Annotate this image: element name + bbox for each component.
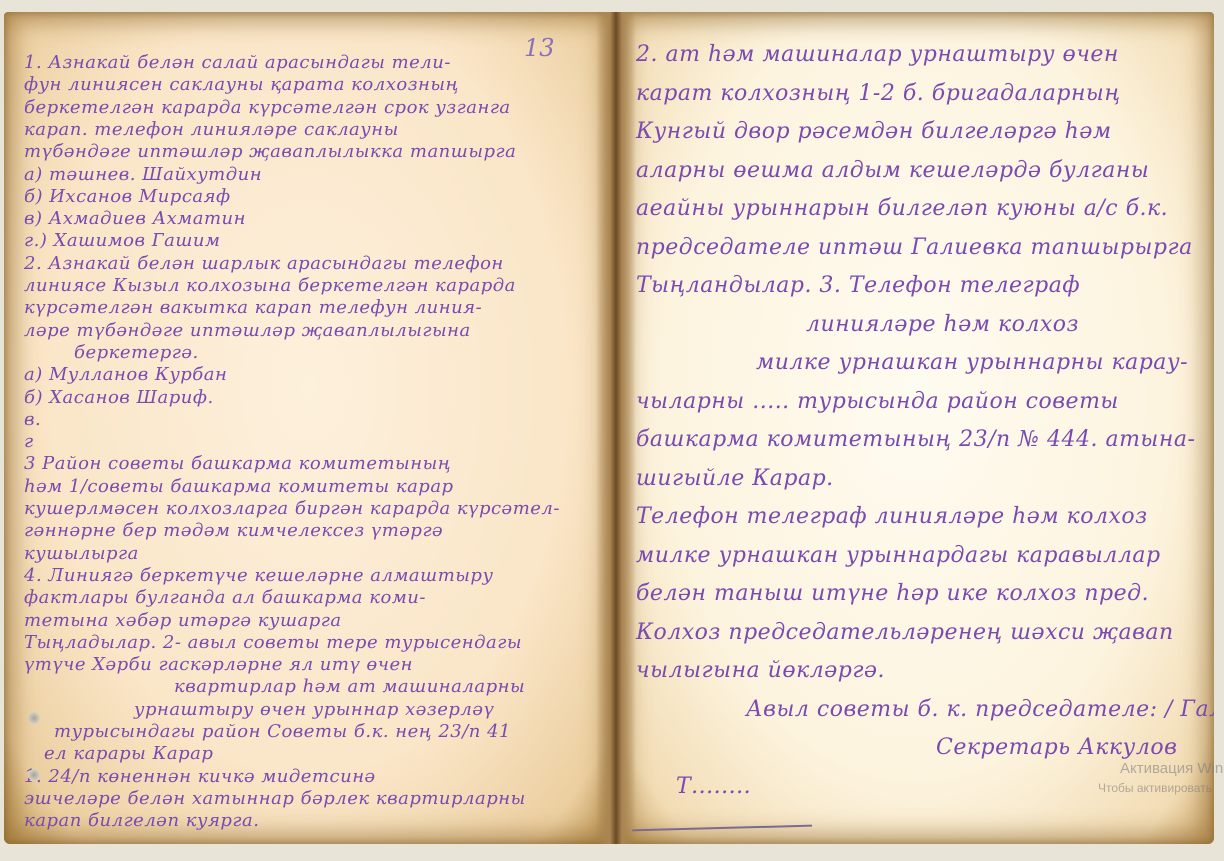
text-line: 2. ат һәм машиналар урнаштыру өчен <box>636 42 1119 67</box>
text-line: фактлары булганда ал башкарма коми- <box>24 587 426 608</box>
text-line: урнаштыру өчен урыннар хәзерләү <box>134 699 494 720</box>
text-line: кушылырга <box>24 543 139 564</box>
text-line: в) Ахмадиев Ахматин <box>24 208 246 229</box>
text-line: линиясе Кызыл колхозына беркетелгән кара… <box>24 275 516 296</box>
text-line: 2. Азнакай белән шарлык арасындагы телеф… <box>24 253 504 274</box>
text-line: линияләре һәм колхоз <box>806 312 1079 337</box>
text-line: түбәндәге иптәшләр җаваплылыкка тапшырга <box>24 141 516 162</box>
book-gutter <box>596 12 636 844</box>
text-line: г <box>24 431 34 452</box>
text-line: белән таныш итүне һәр ике колхоз пред. <box>636 581 1149 606</box>
page-number: 13 <box>524 34 555 62</box>
text-line: ләре түбәндәге иптәшләр җаваплылыгына <box>24 320 471 341</box>
text-line: 4. Линиягә беркетүче кешеләрне алмаштыру <box>24 565 493 586</box>
text-line: Тыңладылар. 2- авыл советы тере турысенд… <box>24 632 522 653</box>
text-line: тетына хәбәр итәргә кушарга <box>24 610 342 631</box>
text-line: председателе иптәш Галиевка тапшырырга <box>636 235 1193 260</box>
text-line: 1. 24/п көненнән кичкә мидетсинә <box>24 766 376 787</box>
text-line: фун линиясен саклауны қарата колхозның <box>24 74 459 95</box>
text-line: Кунгый двор рәсемдән билгеләргә һәм <box>636 119 1112 144</box>
signature-underline <box>632 825 812 832</box>
activation-watermark-title: Активация Win <box>1120 760 1223 777</box>
text-line: аеайны урыннарын билгеләп куюны а/с б.к. <box>636 196 1168 221</box>
binder-hole <box>28 712 40 724</box>
text-line: б) Ихсанов Мирсаяф <box>24 186 231 207</box>
text-line: а) тәшнев. Шайхутдин <box>24 164 262 185</box>
text-line: һәм 1/советы башкарма комитеты карар <box>24 476 454 497</box>
text-line: Колхоз председательләренең шәхси җавап <box>636 620 1174 645</box>
text-line: Т........ <box>676 774 751 799</box>
text-line: Секретарь Аккулов <box>936 735 1177 760</box>
text-line: турысындагы район Советы б.к. нең 23/п 4… <box>54 721 511 742</box>
text-line: 1. Азнакай белән салай арасындагы тели- <box>24 52 451 73</box>
text-line: үтүче Хәрби гаскәрләрне ял итү өчен <box>24 654 413 675</box>
text-line: милке урнашкан урыннардагы каравыллар <box>636 543 1161 568</box>
text-line: карат колхозның 1-2 б. бригадаларның <box>636 81 1121 106</box>
text-line: милке урнашкан урыннарны карау- <box>756 350 1188 375</box>
activation-watermark-subtitle: Чтобы активировать <box>1098 781 1212 795</box>
text-line: квартирлар һәм ат машиналарны <box>174 676 525 697</box>
text-line: башкарма комитетының 23/п № 444. атына- <box>636 427 1195 452</box>
right-page: 2. ат һәм машиналар урнаштыру өченкарат … <box>618 12 1214 844</box>
text-line: Авыл советы б. к. председателе: / Галиев <box>746 697 1214 722</box>
left-page: 13 1. Азнакай белән салай арасындагы тел… <box>4 12 614 844</box>
text-line: карап билгеләп куярга. <box>24 810 259 831</box>
text-line: б) Хасанов Шариф. <box>24 387 214 408</box>
text-line: шигыйле Карар. <box>636 466 834 491</box>
text-line: эшчеләре белән хатыннар бәрлек квартирла… <box>24 788 526 809</box>
text-line: күрсәтелгән вакытка карап телефун линия- <box>24 297 482 318</box>
text-line: беркетергә. <box>74 342 199 363</box>
text-line: аларны өешма алдым кешеләрдә булганы <box>636 158 1149 183</box>
text-line: в. <box>24 409 41 430</box>
text-line: ел карары Карар <box>44 743 213 764</box>
text-line: г.) Хашимов Гашим <box>24 230 220 251</box>
text-line: Телефон телеграф линияләре һәм колхоз <box>636 504 1148 529</box>
text-line: карап. телефон линияләре саклауны <box>24 119 399 140</box>
notebook-spread: 13 1. Азнакай белән салай арасындагы тел… <box>0 0 1224 861</box>
text-line: чылыгына йөкләргә. <box>636 658 885 683</box>
text-line: беркетелгән карарда күрсәтелгән срок узг… <box>24 97 511 118</box>
text-line: кушерлмәсен колхозларга биргән карарда к… <box>24 498 560 519</box>
text-line: чыларны ..... турысында район советы <box>636 389 1119 414</box>
binder-hole <box>28 769 40 781</box>
text-line: Тыңландылар. 3. Телефон телеграф <box>636 273 1080 298</box>
text-line: 3 Район советы башкарма комитетының <box>24 453 451 474</box>
text-line: а) Мулланов Курбан <box>24 364 227 385</box>
text-line: гәннәрне бер тәдәм кимчелексез үтәргә <box>24 520 443 541</box>
